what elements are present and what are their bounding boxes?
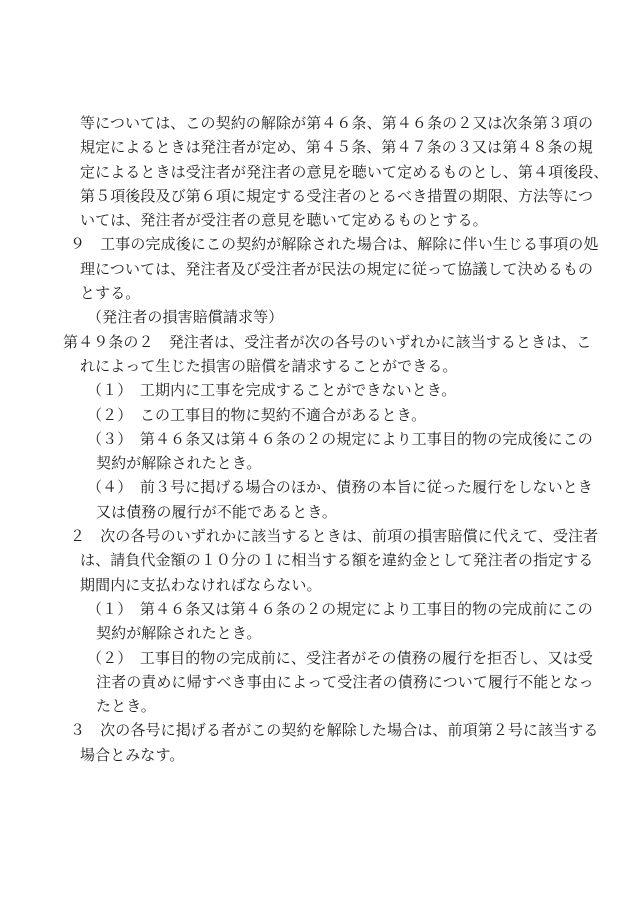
contract-text-line: 定によるときは受注者が発注者の意見を聴いて定めるものとし、第４項後段、 [80, 161, 608, 185]
contract-text-line: （１） 工期内に工事を完成することができないとき。 [87, 379, 608, 403]
contract-text-line: とする。 [80, 282, 608, 306]
contract-text-block: 等については、この契約の解除が第４６条、第４６条の２又は次条第３項の規定によると… [63, 112, 608, 768]
contract-text-line: いては、発注者が受注者の意見を聴いて定めるものとする。 [80, 209, 608, 233]
contract-text-line: は、請負代金額の１０分の１に相当する額を違約金として発注者の指定する [80, 549, 608, 573]
contract-text-line: （２） この工事目的物に契約不適合があるとき。 [87, 404, 608, 428]
contract-text-line: 第４９条の２ 発注者は、受注者が次の各号のいずれかに該当するときは、こ [63, 331, 608, 355]
contract-text-line: （４） 前３号に掲げる場合のほか、債務の本旨に従った履行をしないとき [87, 476, 608, 500]
contract-text-line: たとき。 [96, 695, 608, 719]
contract-text-line: 場合とみなす。 [80, 744, 608, 768]
contract-text-line: 契約が解除されたとき。 [96, 452, 608, 476]
contract-text-line: （２） 工事目的物の完成前に、受注者がその債務の履行を拒否し、又は受 [87, 647, 608, 671]
contract-text-line: 期間内に支払わなければならない。 [80, 574, 608, 598]
contract-text-line: 理については、発注者及び受注者が民法の規定に従って協議して決めるもの [80, 258, 608, 282]
contract-text-line: 契約が解除されたとき。 [96, 622, 608, 646]
contract-text-line: （３） 第４６条又は第４６条の２の規定により工事目的物の完成後にこの [87, 428, 608, 452]
contract-text-line: （１） 第４６条又は第４６条の２の規定により工事目的物の完成前にこの [87, 598, 608, 622]
contract-text-line: れによって生じた損害の賠償を請求することができる。 [80, 355, 608, 379]
contract-text-line: ３ 次の各号に掲げる者がこの契約を解除した場合は、前項第２号に該当する [70, 719, 608, 743]
contract-text-line: 又は債務の履行が不能であるとき。 [96, 501, 608, 525]
contract-text-line: 等については、この契約の解除が第４６条、第４６条の２又は次条第３項の [80, 112, 608, 136]
contract-text-line: ９ 工事の完成後にこの契約が解除された場合は、解除に伴い生じる事項の処 [70, 233, 608, 257]
contract-text-line: 第５項後段及び第６項に規定する受注者のとるべき措置の期限、方法等につ [80, 185, 608, 209]
contract-text-line: 規定によるときは発注者が定め、第４５条、第４７条の３又は第４８条の規 [80, 136, 608, 160]
contract-text-line: （発注者の損害賠償請求等） [87, 306, 608, 330]
document-page: 等については、この契約の解除が第４６条、第４６条の２又は次条第３項の規定によると… [0, 0, 630, 903]
contract-text-line: 注者の責めに帰すべき事由によって受注者の債務について履行不能となっ [96, 671, 608, 695]
contract-text-line: ２ 次の各号のいずれかに該当するときは、前項の損害賠償に代えて、受注者 [70, 525, 608, 549]
